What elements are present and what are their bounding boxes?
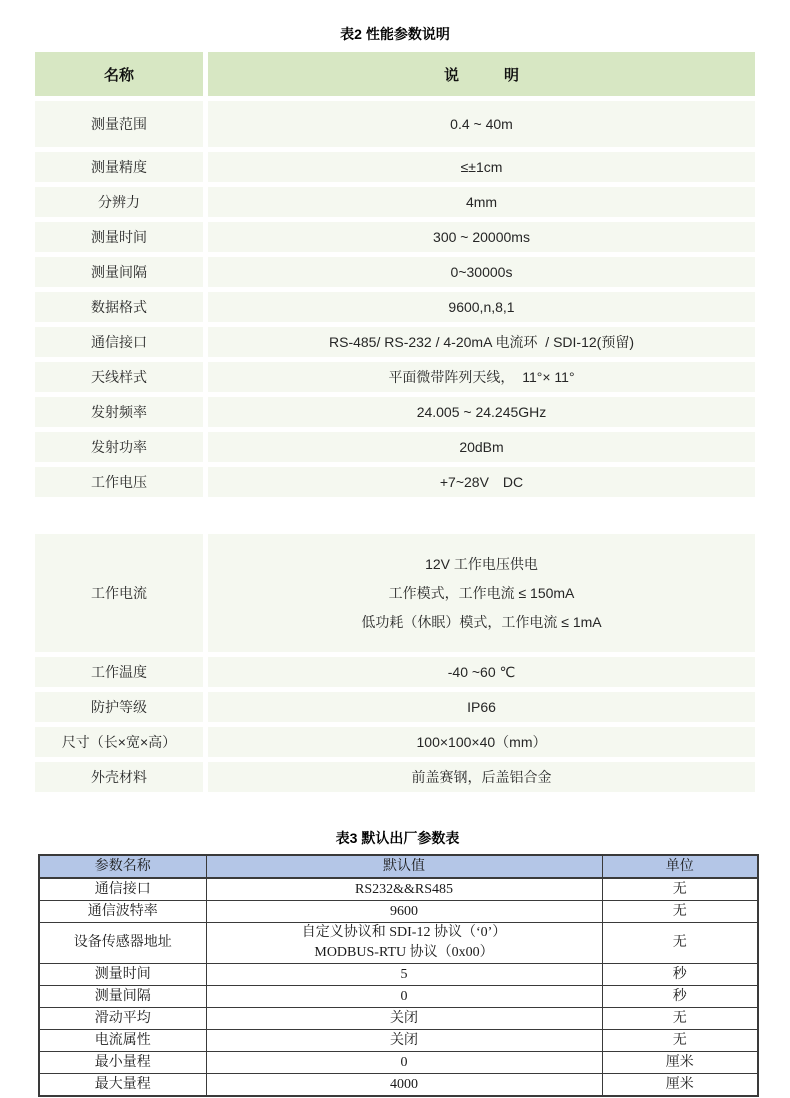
param-name: 数据格式 xyxy=(35,292,203,322)
param-name: 工作电流 xyxy=(35,534,203,652)
param-name: 测量范围 xyxy=(35,101,203,147)
param-name: 测量精度 xyxy=(35,152,203,182)
table-row: 数据格式 9600,n,8,1 xyxy=(35,292,755,322)
param-value: 12V 工作电压供电 工作模式，工作电流 ≤ 150mA 低功耗（休眠）模式，工… xyxy=(208,534,755,652)
param-unit: 无 xyxy=(602,923,758,964)
param-value: RS-485/ RS-232 / 4-20mA 电流环 / SDI-12(预留) xyxy=(208,327,755,357)
param-name: 通信接口 xyxy=(39,878,206,901)
table3-header-row: 参数名称 默认值 单位 xyxy=(39,855,758,878)
param-unit: 厘米 xyxy=(602,1074,758,1097)
param-value: IP66 xyxy=(208,692,755,722)
table2-header-row: 名称 说 明 xyxy=(35,52,755,96)
param-name: 天线样式 xyxy=(35,362,203,392)
table3-header-default: 默认值 xyxy=(206,855,602,878)
param-value: 24.005 ~ 24.245GHz xyxy=(208,397,755,427)
table3-header-unit: 单位 xyxy=(602,855,758,878)
table-row: 发射频率 24.005 ~ 24.245GHz xyxy=(35,397,755,427)
param-default-line: 自定义协议和 SDI-12 协议（‘0’） xyxy=(207,923,602,943)
param-value: 平面微带阵列天线， 11°× 11° xyxy=(208,362,755,392)
param-name: 测量间隔 xyxy=(35,257,203,287)
table-row: 电流属性 关闭 无 xyxy=(39,1030,758,1052)
param-value: 20dBm xyxy=(208,432,755,462)
param-default-line: MODBUS-RTU 协议（0x00） xyxy=(207,943,602,963)
param-default: 0 xyxy=(206,986,602,1008)
param-name: 测量时间 xyxy=(39,964,206,986)
param-default: 自定义协议和 SDI-12 协议（‘0’） MODBUS-RTU 协议（0x00… xyxy=(206,923,602,964)
param-value: ≤±1cm xyxy=(208,152,755,182)
table-row: 最小量程 0 厘米 xyxy=(39,1052,758,1074)
param-name: 发射频率 xyxy=(35,397,203,427)
table-row: 外壳材料 前盖赛钢，后盖铝合金 xyxy=(35,762,755,792)
table3-title: 表3 默认出厂参数表 xyxy=(38,828,757,848)
param-name: 测量时间 xyxy=(35,222,203,252)
param-value: 0~30000s xyxy=(208,257,755,287)
param-name: 工作电压 xyxy=(35,467,203,497)
param-unit: 无 xyxy=(602,878,758,901)
table-row: 测量间隔 0 秒 xyxy=(39,986,758,1008)
table-row-working-current: 工作电流 12V 工作电压供电 工作模式，工作电流 ≤ 150mA 低功耗（休眠… xyxy=(35,534,755,652)
param-default: 关闭 xyxy=(206,1008,602,1030)
param-name: 外壳材料 xyxy=(35,762,203,792)
param-value: 0.4 ~ 40m xyxy=(208,101,755,147)
param-name: 尺寸（长×宽×高） xyxy=(35,727,203,757)
table-row: 发射功率 20dBm xyxy=(35,432,755,462)
table-row: 天线样式 平面微带阵列天线， 11°× 11° xyxy=(35,362,755,392)
table-row: 分辨力 4mm xyxy=(35,187,755,217)
param-default: 9600 xyxy=(206,901,602,923)
param-name: 测量间隔 xyxy=(39,986,206,1008)
param-unit: 无 xyxy=(602,1008,758,1030)
param-name: 设备传感器地址 xyxy=(39,923,206,964)
performance-table: 名称 说 明 测量范围 0.4 ~ 40m 测量精度 ≤±1cm 分辨力 4mm… xyxy=(35,52,755,792)
table-row: 尺寸（长×宽×高） 100×100×40（mm） xyxy=(35,727,755,757)
table-row: 滑动平均 关闭 无 xyxy=(39,1008,758,1030)
param-value: 300 ~ 20000ms xyxy=(208,222,755,252)
param-value-line: 12V 工作电压供电 xyxy=(425,555,538,573)
param-value-line: 低功耗（休眠）模式，工作电流 ≤ 1mA xyxy=(361,613,601,631)
param-value: 前盖赛钢，后盖铝合金 xyxy=(208,762,755,792)
param-value: -40 ~60 ℃ xyxy=(208,657,755,687)
param-name: 最大量程 xyxy=(39,1074,206,1097)
param-name: 最小量程 xyxy=(39,1052,206,1074)
param-name: 分辨力 xyxy=(35,187,203,217)
table-row: 设备传感器地址 自定义协议和 SDI-12 协议（‘0’） MODBUS-RTU… xyxy=(39,923,758,964)
param-unit: 秒 xyxy=(602,964,758,986)
param-value: 4mm xyxy=(208,187,755,217)
param-name: 发射功率 xyxy=(35,432,203,462)
table-row: 防护等级 IP66 xyxy=(35,692,755,722)
table-row: 测量范围 0.4 ~ 40m xyxy=(35,101,755,147)
table-row: 通信波特率 9600 无 xyxy=(39,901,758,923)
table-row: 通信接口 RS-485/ RS-232 / 4-20mA 电流环 / SDI-1… xyxy=(35,327,755,357)
param-default: RS232&&RS485 xyxy=(206,878,602,901)
param-default: 4000 xyxy=(206,1074,602,1097)
param-unit: 无 xyxy=(602,1030,758,1052)
param-default: 关闭 xyxy=(206,1030,602,1052)
param-name: 电流属性 xyxy=(39,1030,206,1052)
param-name: 工作温度 xyxy=(35,657,203,687)
param-name: 通信接口 xyxy=(35,327,203,357)
param-unit: 无 xyxy=(602,901,758,923)
table-row: 测量精度 ≤±1cm xyxy=(35,152,755,182)
table-row: 通信接口 RS232&&RS485 无 xyxy=(39,878,758,901)
table-row: 测量间隔 0~30000s xyxy=(35,257,755,287)
param-default: 5 xyxy=(206,964,602,986)
factory-defaults-table: 参数名称 默认值 单位 通信接口 RS232&&RS485 无 通信波特率 96… xyxy=(38,854,759,1097)
table-row: 工作温度 -40 ~60 ℃ xyxy=(35,657,755,687)
param-unit: 厘米 xyxy=(602,1052,758,1074)
param-value: +7~28V DC xyxy=(208,467,755,497)
param-value-line: 工作模式，工作电流 ≤ 150mA xyxy=(389,584,575,602)
param-default: 0 xyxy=(206,1052,602,1074)
param-unit: 秒 xyxy=(602,986,758,1008)
param-value: 9600,n,8,1 xyxy=(208,292,755,322)
table2-header-name: 名称 xyxy=(35,52,203,96)
param-name: 滑动平均 xyxy=(39,1008,206,1030)
table2-header-desc: 说 明 xyxy=(208,52,755,96)
table2-section-gap xyxy=(35,502,755,534)
param-name: 通信波特率 xyxy=(39,901,206,923)
table-row: 工作电压 +7~28V DC xyxy=(35,467,755,497)
table2-title: 表2 性能参数说明 xyxy=(35,24,755,44)
table3-header-param: 参数名称 xyxy=(39,855,206,878)
param-name: 防护等级 xyxy=(35,692,203,722)
table-row: 测量时间 300 ~ 20000ms xyxy=(35,222,755,252)
param-value: 100×100×40（mm） xyxy=(208,727,755,757)
table-row: 最大量程 4000 厘米 xyxy=(39,1074,758,1097)
table-row: 测量时间 5 秒 xyxy=(39,964,758,986)
